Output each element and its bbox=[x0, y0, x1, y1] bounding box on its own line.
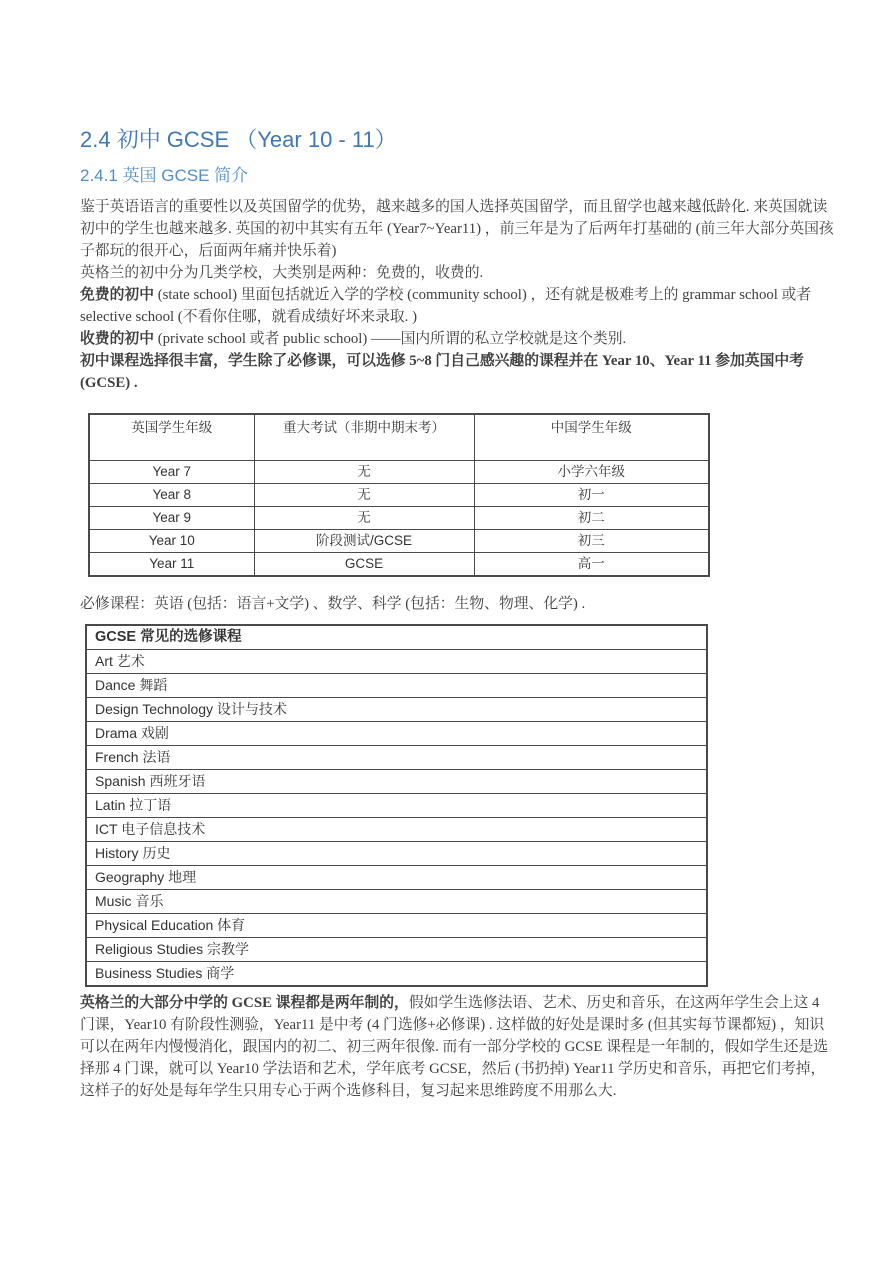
table-row: Art 艺术 bbox=[86, 649, 707, 673]
table-row: Geography 地理 bbox=[86, 865, 707, 889]
elective-courses-table: GCSE 常见的选修课程 Art 艺术 Dance 舞蹈 Design Tech… bbox=[85, 624, 708, 987]
table-row: Physical Education 体育 bbox=[86, 913, 707, 937]
elective-course-cell: French 法语 bbox=[86, 745, 707, 769]
elective-table-title: GCSE 常见的选修课程 bbox=[86, 625, 707, 650]
document-content: 2.4 初中 GCSE （Year 10 - 11） 2.4.1 英国 GCSE… bbox=[80, 0, 835, 1102]
paid-school-description: (private school 或者 public school) ——国内所谓… bbox=[154, 331, 626, 347]
table-cell: 高一 bbox=[474, 552, 709, 576]
elective-course-cell: ICT 电子信息技术 bbox=[86, 817, 707, 841]
elective-intro-paragraph: 初中课程选择很丰富，学生除了必修课，可以选修 5~8 门自己感兴趣的课程并在 Y… bbox=[80, 350, 835, 394]
table-cell: 阶段测试/GCSE bbox=[254, 529, 474, 552]
closing-paragraph: 英格兰的大部分中学的 GCSE 课程都是两年制的，假如学生选修法语、艺术、历史和… bbox=[80, 992, 835, 1102]
table-row: Latin 拉丁语 bbox=[86, 793, 707, 817]
elective-course-cell: History 历史 bbox=[86, 841, 707, 865]
table-row: Spanish 西班牙语 bbox=[86, 769, 707, 793]
elective-course-cell: Business Studies 商学 bbox=[86, 961, 707, 986]
table-cell: Year 9 bbox=[89, 506, 254, 529]
free-school-term: 免费的初中 bbox=[80, 287, 154, 303]
table-cell: 无 bbox=[254, 460, 474, 483]
elective-table-body: Art 艺术 Dance 舞蹈 Design Technology 设计与技术 … bbox=[86, 649, 707, 986]
table-row: Design Technology 设计与技术 bbox=[86, 697, 707, 721]
year-table-header: 英国学生年级 重大考试（非期中期末考） 中国学生年级 bbox=[89, 414, 709, 460]
elective-course-cell: Art 艺术 bbox=[86, 649, 707, 673]
table-row: Drama 戏剧 bbox=[86, 721, 707, 745]
section-heading: 2.4 初中 GCSE （Year 10 - 11） bbox=[80, 126, 835, 154]
table-cell: 初二 bbox=[474, 506, 709, 529]
table-row: Year 9 无 初二 bbox=[89, 506, 709, 529]
table-row: French 法语 bbox=[86, 745, 707, 769]
elective-course-cell: Geography 地理 bbox=[86, 865, 707, 889]
table-header-row: 英国学生年级 重大考试（非期中期末考） 中国学生年级 bbox=[89, 414, 709, 460]
table-cell: 初三 bbox=[474, 529, 709, 552]
elective-course-cell: Dance 舞蹈 bbox=[86, 673, 707, 697]
elective-course-cell: Spanish 西班牙语 bbox=[86, 769, 707, 793]
elective-course-cell: Music 音乐 bbox=[86, 889, 707, 913]
table-cell: Year 8 bbox=[89, 483, 254, 506]
table-row: ICT 电子信息技术 bbox=[86, 817, 707, 841]
table-row: Dance 舞蹈 bbox=[86, 673, 707, 697]
compulsory-courses-line: 必修课程：英语 (包括：语言+文学) 、数学、科学 (包括：生物、物理、化学) … bbox=[80, 593, 835, 615]
table-row: Year 11 GCSE 高一 bbox=[89, 552, 709, 576]
document-page: 2.4 初中 GCSE （Year 10 - 11） 2.4.1 英国 GCSE… bbox=[0, 0, 892, 1262]
elective-course-cell: Physical Education 体育 bbox=[86, 913, 707, 937]
free-school-description: (state school) 里面包括就近入学的学校 (community sc… bbox=[80, 287, 811, 325]
table-cell: 小学六年级 bbox=[474, 460, 709, 483]
school-types-paragraph: 英格兰的初中分为几类学校，大类别是两种：免费的，收费的. 免费的初中 (stat… bbox=[80, 262, 835, 328]
table-row: Religious Studies 宗教学 bbox=[86, 937, 707, 961]
table-cell: 无 bbox=[254, 506, 474, 529]
table-row: Year 8 无 初一 bbox=[89, 483, 709, 506]
paid-school-term: 收费的初中 bbox=[80, 331, 154, 347]
table-row: History 历史 bbox=[86, 841, 707, 865]
elective-course-cell: Design Technology 设计与技术 bbox=[86, 697, 707, 721]
header-cn-grade: 中国学生年级 bbox=[474, 414, 709, 460]
table-cell: 无 bbox=[254, 483, 474, 506]
header-major-exam: 重大考试（非期中期末考） bbox=[254, 414, 474, 460]
year-table-body: Year 7 无 小学六年级 Year 8 无 初一 Year 9 无 初二 Y… bbox=[89, 460, 709, 576]
closing-lead: 英格兰的大部分中学的 GCSE 课程都是两年制的， bbox=[80, 995, 409, 1011]
table-header-row: GCSE 常见的选修课程 bbox=[86, 625, 707, 650]
table-cell: Year 11 bbox=[89, 552, 254, 576]
table-cell: GCSE bbox=[254, 552, 474, 576]
elective-course-cell: Drama 戏剧 bbox=[86, 721, 707, 745]
elective-table-header: GCSE 常见的选修课程 bbox=[86, 625, 707, 650]
table-row: Music 音乐 bbox=[86, 889, 707, 913]
table-row: Year 10 阶段测试/GCSE 初三 bbox=[89, 529, 709, 552]
paid-school-paragraph: 收费的初中 (private school 或者 public school) … bbox=[80, 328, 835, 350]
table-cell: Year 10 bbox=[89, 529, 254, 552]
elective-course-cell: Latin 拉丁语 bbox=[86, 793, 707, 817]
table-cell: Year 7 bbox=[89, 460, 254, 483]
year-comparison-table: 英国学生年级 重大考试（非期中期末考） 中国学生年级 Year 7 无 小学六年… bbox=[88, 413, 710, 577]
subsection-heading: 2.4.1 英国 GCSE 简介 bbox=[80, 164, 835, 187]
table-row: Business Studies 商学 bbox=[86, 961, 707, 986]
table-cell: 初一 bbox=[474, 483, 709, 506]
header-uk-grade: 英国学生年级 bbox=[89, 414, 254, 460]
school-types-line: 英格兰的初中分为几类学校，大类别是两种：免费的，收费的. bbox=[80, 265, 483, 281]
intro-paragraph: 鉴于英语语言的重要性以及英国留学的优势，越来越多的国人选择英国留学，而且留学也越… bbox=[80, 196, 835, 262]
table-row: Year 7 无 小学六年级 bbox=[89, 460, 709, 483]
elective-course-cell: Religious Studies 宗教学 bbox=[86, 937, 707, 961]
